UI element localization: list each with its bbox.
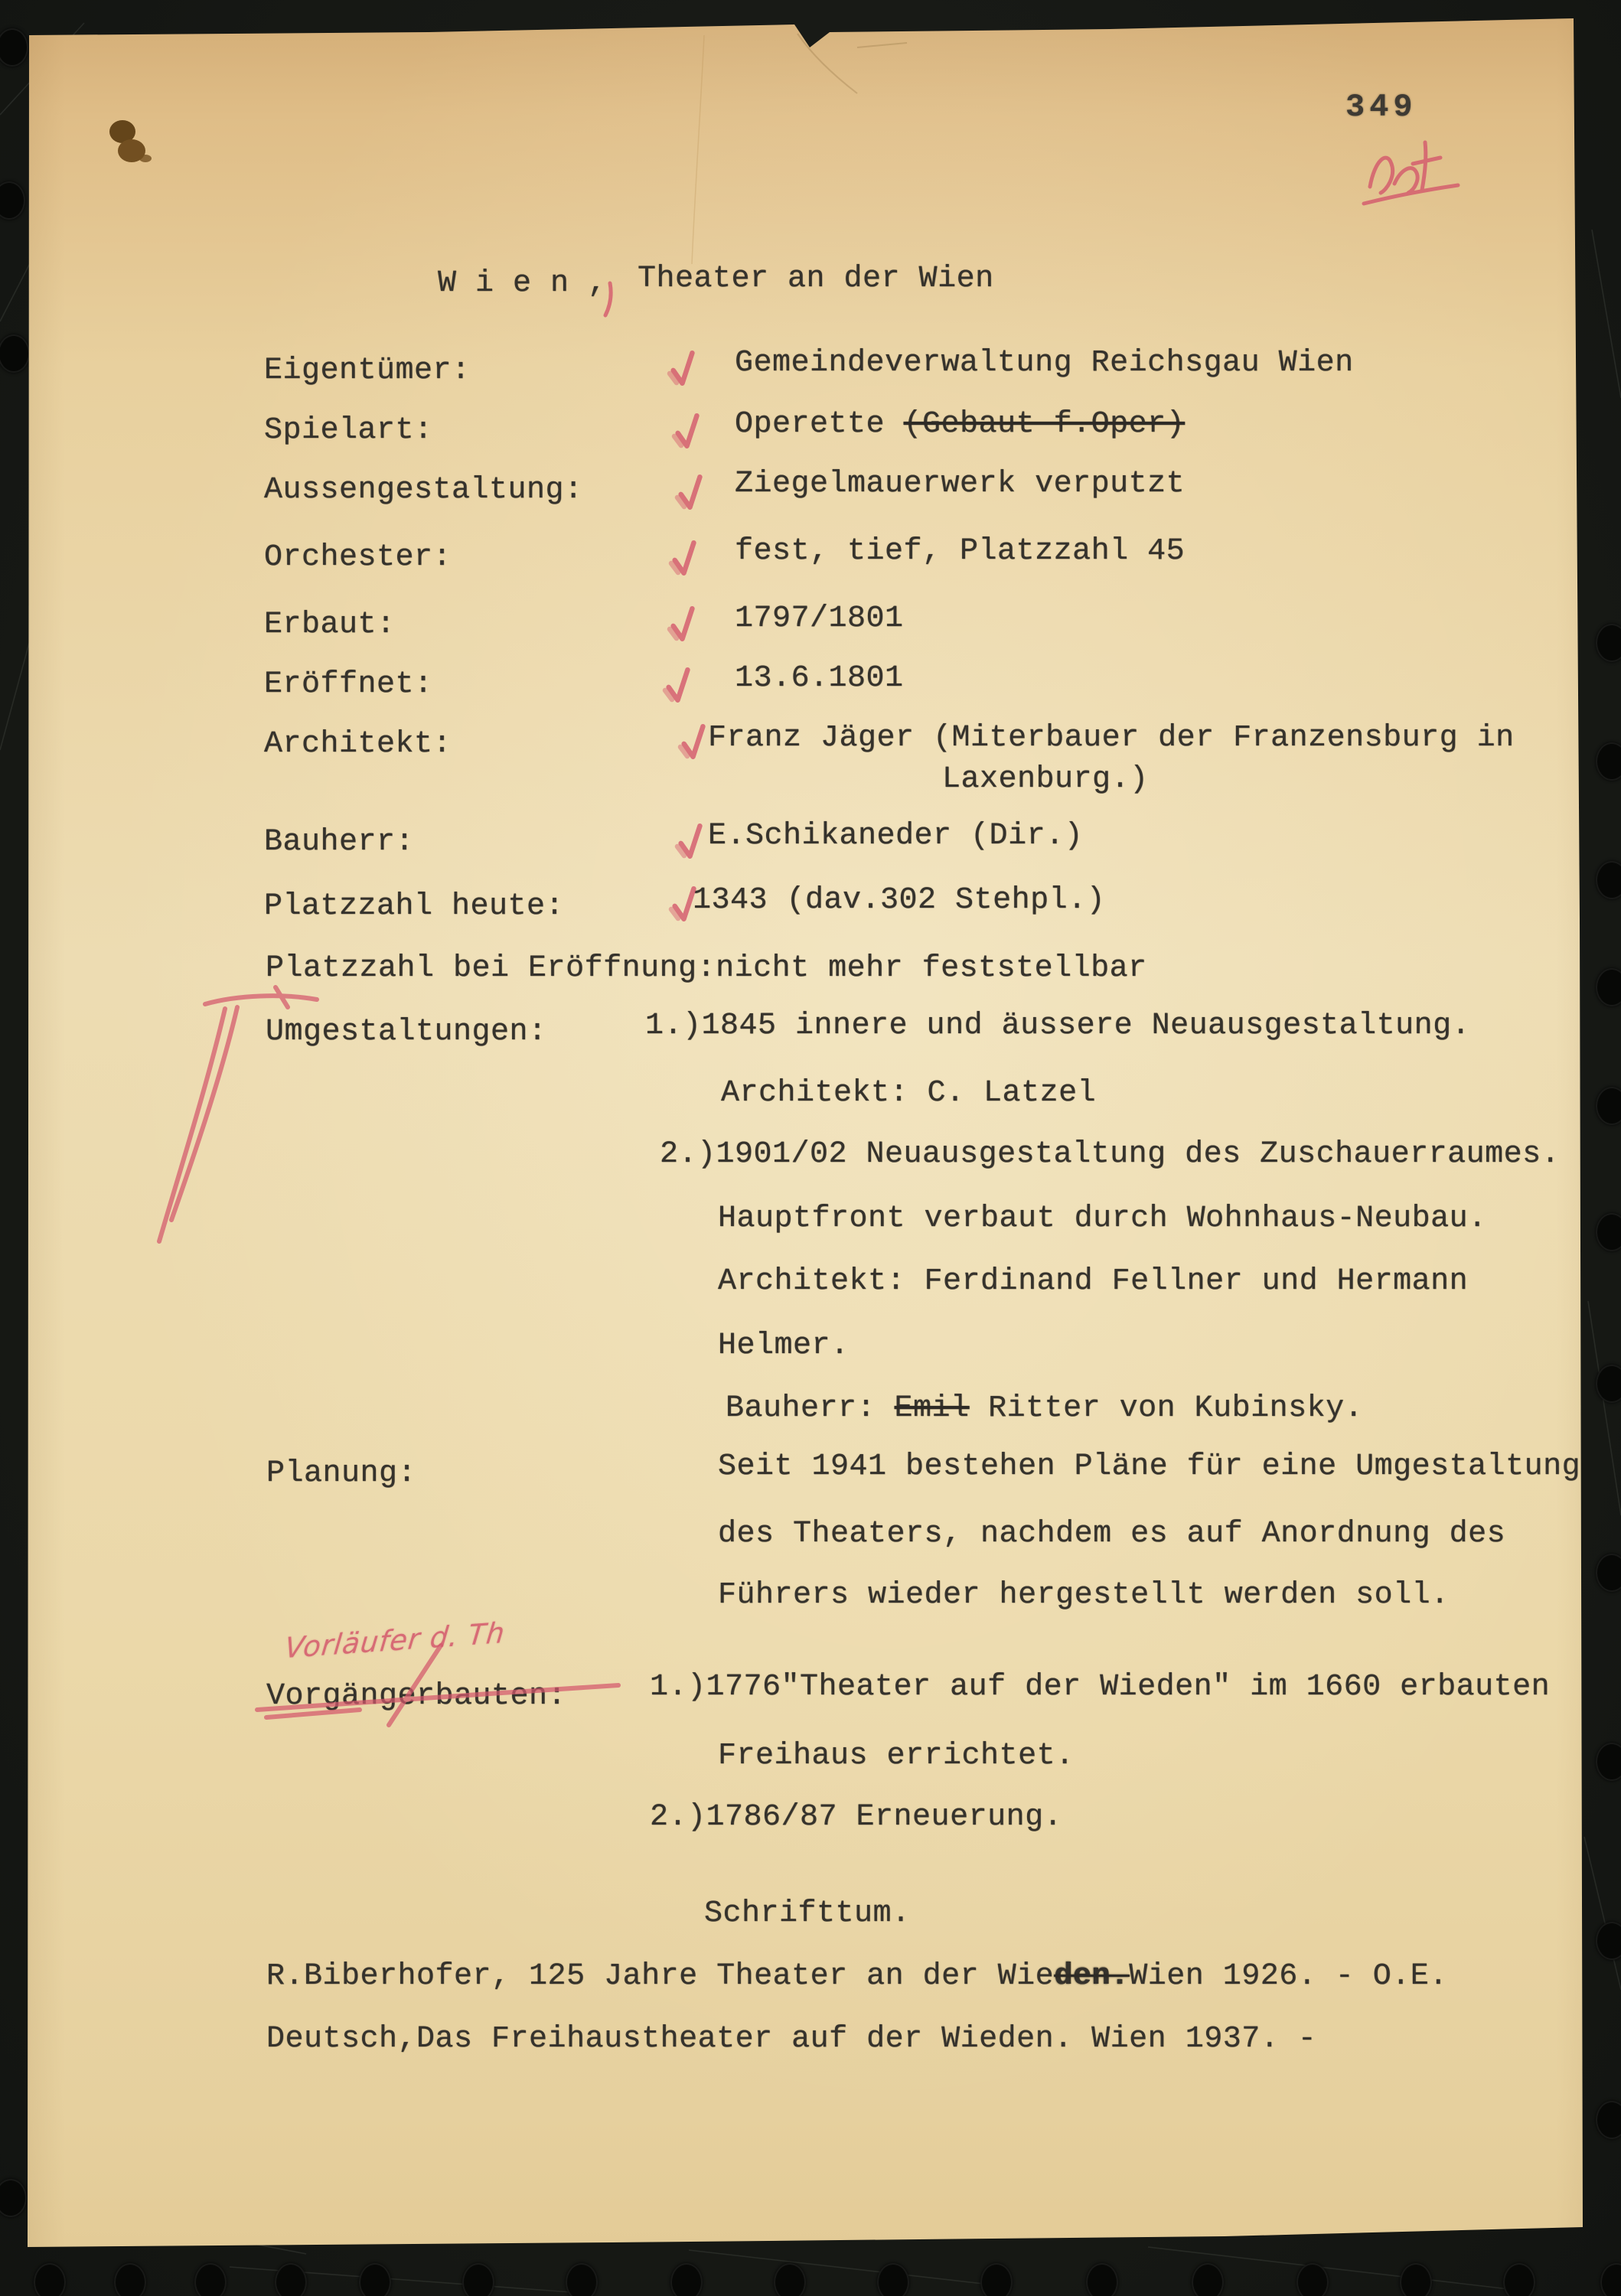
- punch-hole: [462, 2263, 494, 2296]
- schrifttum-heading: Schrifttum.: [704, 1896, 911, 1931]
- umgestaltungen-item2-bauherr: Bauherr: Emil Ritter von Kubinsky.: [726, 1391, 1363, 1426]
- check-mark-shadow: [671, 909, 678, 918]
- check-mark-shadow: [677, 497, 684, 507]
- check-mark: [677, 416, 700, 447]
- check-mark-shadow: [670, 629, 677, 638]
- planung-line2: des Theaters, nachdem es auf Anordnung d…: [718, 1517, 1505, 1551]
- vorgaengerbauten-item2: 2.)1786/87 Erneuerung.: [650, 1800, 1062, 1835]
- red-initials-mark: [1364, 142, 1458, 204]
- punch-hole: [1296, 2263, 1329, 2296]
- check-mark-shadow: [671, 563, 678, 572]
- field-label-orchester: Orchester:: [264, 540, 452, 575]
- field-label-aussengestaltung: Aussengestaltung:: [264, 473, 583, 507]
- spielart-struck-text: (Gebaut f.Oper): [904, 407, 1186, 442]
- field-label-architekt: Architekt:: [264, 727, 452, 762]
- punch-hole: [114, 2263, 146, 2296]
- check-mark-shadow: [680, 747, 687, 756]
- field-value-architekt-line2: Laxenburg.): [942, 762, 1149, 797]
- handwritten-note-red: Vorläufer d. Th: [283, 1616, 507, 1665]
- punch-hole: [1503, 2263, 1535, 2296]
- punch-hole: [877, 2263, 909, 2296]
- planung-line1: Seit 1941 bestehen Pläne für eine Umgest…: [718, 1450, 1580, 1484]
- title-city: W i e n ,: [438, 266, 607, 301]
- entry1-pre: R.Biberhofer, 125 Jahre Theater an der W…: [266, 1959, 1054, 1994]
- punch-hole: [670, 2263, 703, 2296]
- check-mark: [683, 726, 706, 758]
- punch-hole: [980, 2263, 1013, 2296]
- field-value-orchester: fest, tief, Platzzahl 45: [735, 534, 1185, 569]
- check-mark: [672, 608, 696, 640]
- bauherr-struck-name: Emil: [895, 1391, 970, 1426]
- punch-hole: [275, 2263, 307, 2296]
- umgestaltungen-item1: 1.)1845 innere und äussere Neuausgestalt…: [645, 1009, 1470, 1043]
- check-mark: [674, 543, 697, 574]
- field-value-spielart: Operette (Gebaut f.Oper): [735, 407, 1185, 442]
- check-mark: [667, 670, 691, 701]
- entry1-post: Wien 1926. - O.E.: [1129, 1959, 1448, 1994]
- field-label-vorgaengerbauten: Vorgängerbauten:: [266, 1679, 566, 1714]
- check-mark-shadow: [674, 436, 681, 445]
- umgestaltungen-item2-line2: Hauptfront verbaut durch Wohnhaus-Neubau…: [718, 1202, 1487, 1236]
- punch-hole: [774, 2263, 806, 2296]
- check-mark-shadow: [670, 373, 677, 383]
- umgestaltungen-item2-architekt2: Helmer.: [718, 1329, 850, 1363]
- document-sheet: 349 W i e n , Theater an der Wien Eigent…: [0, 0, 1621, 2296]
- check-mark-shadow: [677, 846, 684, 856]
- check-mark: [672, 353, 696, 384]
- line-platzzahl-eroeffnung: Platzzahl bei Eröffnung:nicht mehr fests…: [266, 951, 1147, 986]
- punch-hole: [194, 2263, 227, 2296]
- field-label-bauherr: Bauherr:: [264, 825, 414, 859]
- page-title: Theater an der Wien: [638, 262, 994, 296]
- field-label-erbaut: Erbaut:: [264, 608, 396, 642]
- umgestaltungen-item2: 2.)1901/02 Neuausgestaltung des Zuschaue…: [660, 1137, 1560, 1172]
- bauherr-pre: Bauherr:: [726, 1391, 895, 1426]
- page-number-stamp: 349: [1345, 89, 1417, 126]
- field-value-eroeffnet: 13.6.1801: [735, 661, 904, 696]
- vorgaengerbauten-item1-line1: 1.)1776"Theater auf der Wieden" im 1660 …: [650, 1670, 1550, 1704]
- field-value-eigentuemer: Gemeindeverwaltung Reichsgau Wien: [735, 346, 1354, 380]
- ink-blot: [109, 120, 152, 162]
- check-mark: [680, 477, 703, 508]
- field-value-architekt-line1: Franz Jäger (Miterbauer der Franzensburg…: [708, 721, 1515, 755]
- field-label-platzzahl-heute: Platzzahl heute:: [264, 889, 564, 924]
- umgestaltungen-item1-architekt: Architekt: C. Latzel: [721, 1076, 1096, 1110]
- punch-hole: [566, 2263, 598, 2296]
- field-label-umgestaltungen: Umgestaltungen:: [266, 1015, 547, 1049]
- vorgaengerbauten-item1-line2: Freihaus errichtet.: [718, 1739, 1075, 1773]
- check-mark-shadow: [665, 690, 672, 700]
- red-checkmarks: [665, 353, 706, 920]
- punch-hole: [1086, 2263, 1118, 2296]
- field-label-planung: Planung:: [266, 1456, 416, 1491]
- punch-hole: [1192, 2263, 1224, 2296]
- punch-hole: [1400, 2263, 1432, 2296]
- spielart-kept: Operette: [735, 407, 904, 442]
- field-label-eigentuemer: Eigentümer:: [264, 354, 471, 388]
- archive-board: 349 W i e n , Theater an der Wien Eigent…: [0, 0, 1621, 2296]
- field-value-platzzahl-heute: 1343 (dav.302 Stehpl.): [693, 883, 1105, 918]
- punch-hole: [359, 2263, 391, 2296]
- field-value-aussengestaltung: Ziegelmauerwerk verputzt: [735, 467, 1185, 501]
- schrifttum-entry1: R.Biberhofer, 125 Jahre Theater an der W…: [266, 1959, 1448, 1994]
- entry1-overtyped: den.: [1054, 1959, 1129, 1994]
- paper-fold: [692, 35, 704, 264]
- bauherr-post: Ritter von Kubinsky.: [970, 1391, 1364, 1426]
- umgestaltungen-item2-architekt: Architekt: Ferdinand Fellner und Hermann: [718, 1264, 1468, 1299]
- field-label-eroeffnet: Eröffnet:: [264, 667, 433, 702]
- check-mark: [680, 826, 703, 857]
- punch-hole: [34, 2263, 66, 2296]
- field-value-erbaut: 1797/1801: [735, 602, 904, 636]
- field-value-bauherr: E.Schikaneder (Dir.): [708, 819, 1083, 853]
- planung-line3: Führers wieder hergestellt werden soll.: [718, 1578, 1450, 1613]
- schrifttum-entry2: Deutsch,Das Freihaustheater auf der Wied…: [266, 2022, 1316, 2056]
- field-label-spielart: Spielart:: [264, 413, 433, 448]
